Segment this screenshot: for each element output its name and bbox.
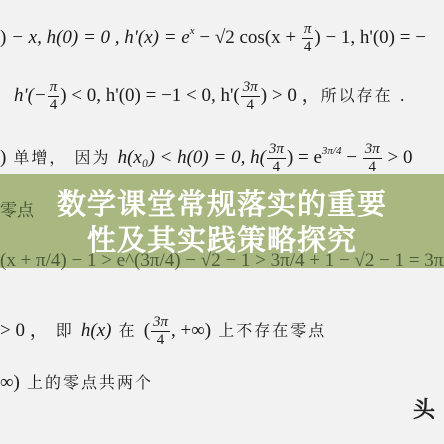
cjk-text: 单增， 因为 [6, 148, 117, 167]
math-fraction: 3π4 [151, 315, 170, 348]
math-text: h(x₀) < h(0) = 0, h( [118, 147, 266, 168]
fraction-numerator: 3π [151, 315, 170, 332]
fraction-numerator: π [302, 22, 314, 39]
cjk-text: 即 [49, 321, 81, 340]
math-fraction: π4 [302, 22, 314, 55]
math-fraction: 3π4 [267, 142, 286, 175]
fraction-denominator: 4 [151, 332, 170, 348]
fraction-denominator: 4 [302, 39, 314, 55]
fraction-denominator: 4 [48, 97, 60, 113]
watermark-logo: 头 [413, 393, 435, 424]
math-fraction: 3π4 [241, 80, 260, 113]
math-line-3: ) 单增， 因为 h(x₀) < h(0) = 0, h(3π4) = e3π/… [0, 142, 412, 175]
cjk-text: 所以存在 . [321, 86, 407, 105]
math-line-7: ∞) 上的零点共两个 [0, 373, 153, 392]
math-line-2: h'(−π4) < 0, h'(0) = −1 < 0, h'(3π4) > 0… [14, 80, 407, 113]
math-text: − √2 cos(x + [195, 27, 301, 48]
math-fraction: 3π4 [363, 142, 382, 175]
math-text: h'(− [14, 85, 47, 106]
math-text: − x, h(0) = 0 , h'(x) = e [6, 27, 189, 48]
fraction-denominator: 4 [267, 159, 286, 175]
math-text: h(x) [81, 320, 112, 341]
cjk-text: 在 [112, 321, 144, 340]
banner-title-line-2: 性及其实践策略探究 [0, 222, 444, 258]
math-fraction: π4 [48, 80, 60, 113]
math-text: ) < 0, h'(0) = −1 < 0, h'( [60, 85, 240, 106]
math-superscript: 3π/4 [322, 145, 342, 157]
fraction-numerator: 3π [363, 142, 382, 159]
math-text: ) − 1, h'(0) = − [314, 27, 426, 48]
math-text: > 0 [383, 147, 413, 168]
math-text: ) = e [287, 147, 322, 168]
fraction-denominator: 4 [363, 159, 382, 175]
math-text: ∞) [0, 372, 20, 393]
fraction-numerator: π [48, 80, 60, 97]
banner-title-line-1: 数学课堂常规落实的重要 [0, 186, 444, 222]
cjk-text: 上的零点共两个 [20, 373, 153, 392]
fraction-denominator: 4 [241, 97, 260, 113]
banner-title: 数学课堂常规落实的重要 性及其实践策略探究 [0, 186, 444, 258]
math-text: ( [144, 320, 150, 341]
fraction-numerator: 3π [267, 142, 286, 159]
fraction-numerator: 3π [241, 80, 260, 97]
math-text: ) > 0 ， [261, 85, 321, 106]
cjk-text: 上不存在零点 [211, 321, 326, 340]
math-text: − [342, 147, 362, 168]
math-line-1: ) − x, h(0) = 0 , h'(x) = ex − √2 cos(x … [0, 22, 426, 55]
math-text: > 0 ， [0, 320, 49, 341]
math-line-6: > 0 ， 即 h(x) 在 (3π4, +∞) 上不存在零点 [0, 315, 326, 348]
math-text: , +∞) [171, 320, 211, 341]
